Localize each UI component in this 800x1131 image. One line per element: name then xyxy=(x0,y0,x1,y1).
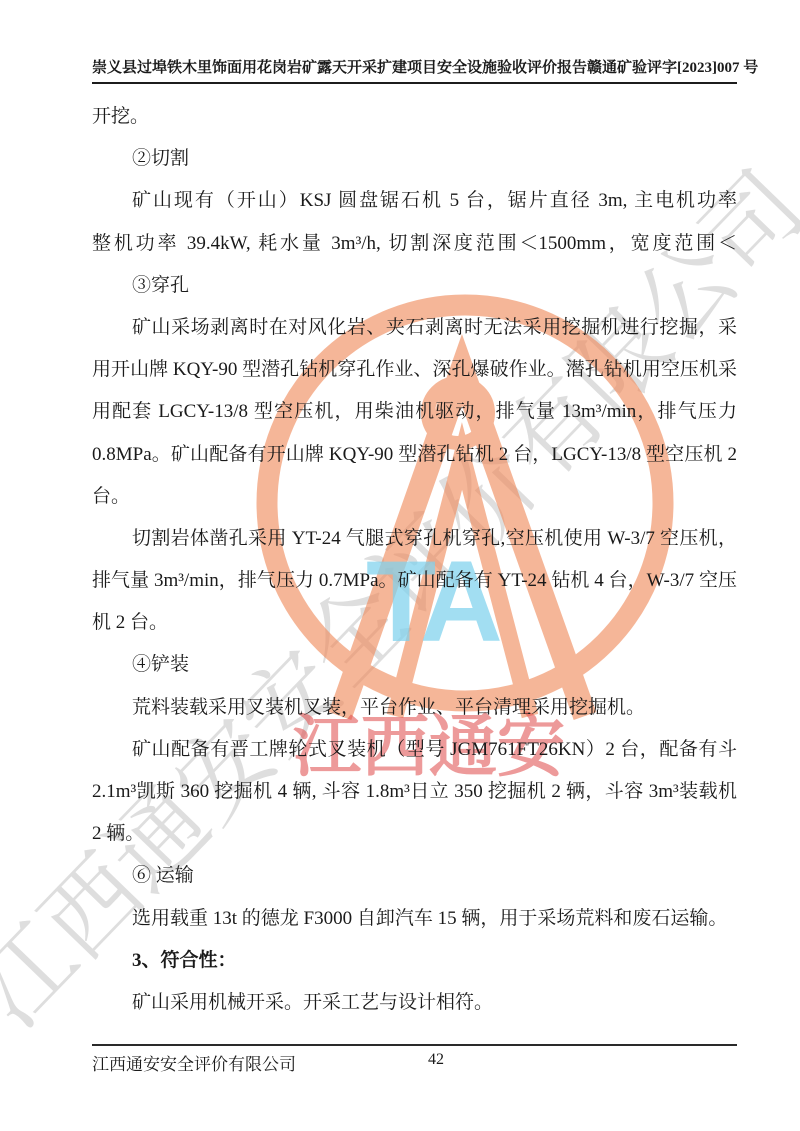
body-text: 开挖。②切割矿山现有（开山）KSJ 圆盘锯石机 5 台，锯片直径 3m, 主电机… xyxy=(92,96,737,1024)
body-line: 机 2 台。 xyxy=(92,602,737,644)
footer-divider xyxy=(92,1044,737,1046)
body-line: 荒料装载采用叉装机叉装，平台作业、平台清理采用挖掘机。 xyxy=(92,687,737,729)
body-line: 矿山配备有晋工牌轮式叉装机（型号 JGM761FT26KN）2 台，配备有斗容 xyxy=(92,729,737,771)
body-line: 矿山采用机械开采。开采工艺与设计相符。 xyxy=(92,982,737,1024)
body-line: 2.1m³凯斯 360 挖掘机 4 辆, 斗容 1.8m³日立 350 挖掘机 … xyxy=(92,771,737,813)
doc-number: 赣通矿验评字[2023]007 号 xyxy=(587,56,758,77)
body-line: 用开山牌 KQY-90 型潜孔钻机穿孔作业、深孔爆破作业。潜孔钻机用空压机采 xyxy=(92,349,737,391)
body-line: 矿山现有（开山）KSJ 圆盘锯石机 5 台，锯片直径 3m, 主电机功率 35k… xyxy=(92,180,737,222)
body-line: ⑥ 运输 xyxy=(92,855,737,897)
body-line: ④铲装 xyxy=(92,644,737,686)
page-header: 崇义县过埠铁木里饰面用花岗岩矿露天开采扩建项目安全设施验收评价报告 赣通矿验评字… xyxy=(92,56,737,84)
footer-company-name: 江西通安安全评价有限公司 xyxy=(92,1050,296,1075)
body-line: 整机功率 39.4kW, 耗水量 3m³/h, 切割深度范围＜1500mm，宽度… xyxy=(92,223,737,265)
document-page: 江西通安安全评价有限公司 TA 江西通安 崇义县过埠铁木里饰面用花岗岩矿露天开采… xyxy=(0,0,800,1131)
report-title: 崇义县过埠铁木里饰面用花岗岩矿露天开采扩建项目安全设施验收评价报告 xyxy=(92,56,587,77)
body-line: 选用载重 13t 的德龙 F3000 自卸汽车 15 辆，用于采场荒料和废石运输… xyxy=(92,898,737,940)
body-line: 开挖。 xyxy=(92,96,737,138)
body-line: 矿山采场剥离时在对风化岩、夹石剥离时无法采用挖掘机进行挖掘，采 xyxy=(92,307,737,349)
body-line: ③穿孔 xyxy=(92,265,737,307)
page-number: 42 xyxy=(428,1051,444,1069)
body-line: 切割岩体凿孔采用 YT-24 气腿式穿孔机穿孔,空压机使用 W-3/7 空压机， xyxy=(92,518,737,560)
body-line: 0.8MPa。矿山配备有开山牌 KQY-90 型潜孔钻机 2 台，LGCY-13… xyxy=(92,434,737,476)
body-line: 排气量 3m³/min，排气压力 0.7MPa。矿山配备有 YT-24 钻机 4… xyxy=(92,560,737,602)
body-line: 台。 xyxy=(92,476,737,518)
body-line: 2 辆。 xyxy=(92,813,737,855)
page-content: 崇义县过埠铁木里饰面用花岗岩矿露天开采扩建项目安全设施验收评价报告 赣通矿验评字… xyxy=(0,0,800,1131)
body-line: 用配套 LGCY-13/8 型空压机，用柴油机驱动，排气量 13m³/min，排… xyxy=(92,391,737,433)
section-heading-line: 3、符合性： xyxy=(92,940,737,982)
body-line: ②切割 xyxy=(92,138,737,180)
